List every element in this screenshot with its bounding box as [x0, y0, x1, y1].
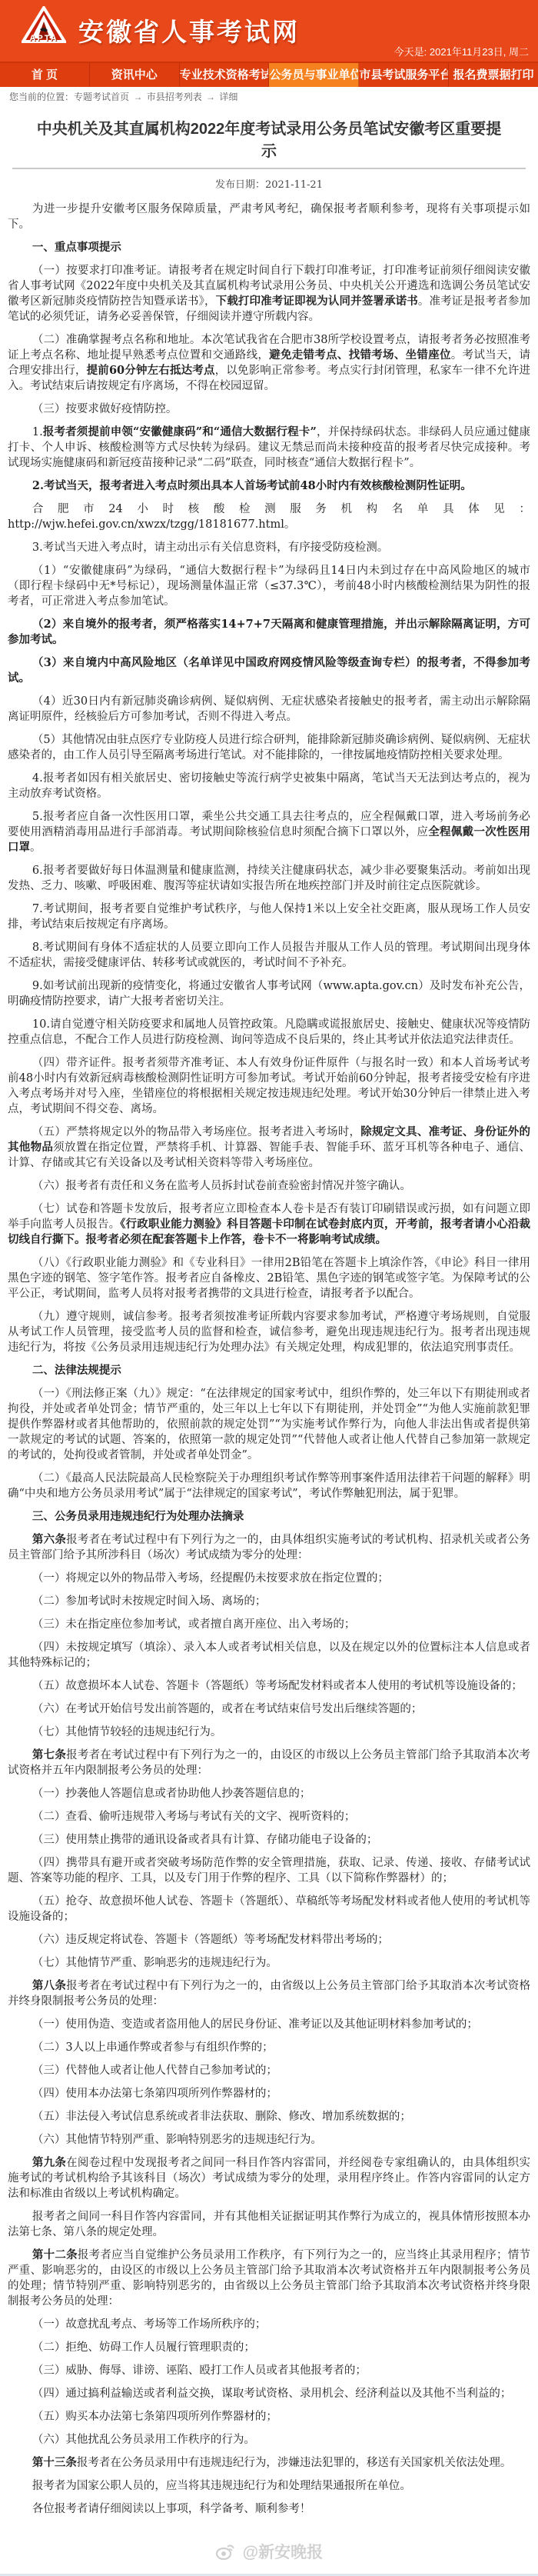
paragraph: （六）其他情节特别严重、影响特别恶劣的违规违纪行为。	[8, 2132, 530, 2148]
paragraph: （一）故意扰乱考点、考场等工作场所秩序的；	[8, 2317, 530, 2332]
nav-item[interactable]: 公务员与事业单位考试	[269, 63, 359, 87]
paragraph: （九）遵守规则，诚信参考。报考者须按准考证所载内容要求参加考试，严格遵守考场规则…	[8, 1309, 530, 1355]
breadcrumb-item[interactable]: 市县招考列表	[147, 92, 202, 102]
page: APTA 安徽省人事考试网 今天是: 2021年11月23日, 周二 首 页资讯…	[0, 0, 538, 2576]
main-nav: 首 页资讯中心专业技术资格考试公务员与事业单位考试市县考试服务平台报名费票据打印	[0, 62, 538, 87]
paragraph: （八）《行政职业能力测验》和《专业科目》一律用2B铅笔在答题卡上填涂作答，《申论…	[8, 1255, 530, 1301]
paragraph: （一）抄袭他人答题信息或者协助他人抄袭答题信息的；	[8, 1786, 530, 1801]
breadcrumb-item[interactable]: 专题考试首页	[74, 92, 129, 102]
section-heading: 一、重点事项提示	[8, 240, 530, 255]
breadcrumb-items: 专题考试首页 → 市县招考列表 → 详细	[74, 92, 237, 102]
paragraph: （五）抢夺、故意损坏他人试卷、答题卡（答题纸）、草稿纸等考场配发材料或者他人使用…	[8, 1894, 530, 1925]
nav-item[interactable]: 专业技术资格考试	[180, 63, 270, 87]
breadcrumb: 您当前的位置：专题考试首页 → 市县招考列表 → 详细	[0, 87, 538, 107]
paragraph: （七）试卷和答题卡发放后，报考者应立即检查本人卷卡是否有装订印刷错误或污损，如有…	[8, 1201, 530, 1248]
paragraph: （4）近30日内有新冠肺炎确诊病例、疑似病例、无症状感染者接触史的报考者，需主动…	[8, 694, 530, 725]
paragraph: 第六条报考者在考试过程中有下列行为之一的，由具体组织实施考试的考试机构、招录机关…	[8, 1532, 530, 1563]
paragraph: （三）威胁、侮辱、诽谤、诬陷、殴打工作人员或者其他报考者的；	[8, 2363, 530, 2378]
paragraph: （三）未在指定座位参加考试，或者擅自离开座位、出入考场的；	[8, 1617, 530, 1632]
paragraph: （五）购买本办法第七条第四项所列作弊器材的；	[8, 2409, 530, 2424]
paragraph: 2.考试当天，报考者进入考点时须出具本人首场考试前48小时内有效核酸检测阴性证明…	[8, 478, 530, 494]
paragraph: （1）“安徽健康码”为绿码，“通信大数据行程卡”为绿码且14日内未到过存在中高风…	[8, 563, 530, 609]
paragraph: （一）将规定以外的物品带入考场，经提醒仍未按要求放在指定位置的；	[8, 1571, 530, 1586]
paragraph: （七）其他情节严重、影响恶劣的违规违纪行为。	[8, 1955, 530, 1971]
paragraph: 7.考试期间，报考者要自觉维护考试秩序，与他人保持1米以上安全社交距离，服从现场…	[8, 901, 530, 932]
paragraph: （六）报考者有责任和义务在监考人员拆封试卷前查验密封情况并签字确认。	[8, 1178, 530, 1194]
paragraph: （五）故意损坏本人试卷、答题卡（答题纸）等考场配发材料或者本人使用的考试机等设施…	[8, 1678, 530, 1694]
paragraph: （四）未按规定填写（填涂）、录入本人或者考试相关信息，以及在规定以外的位置标注本…	[8, 1640, 530, 1671]
paragraph: （三）按要求做好疫情防控。	[8, 402, 530, 417]
paragraph: 4.报考者如因有相关旅居史、密切接触史等流行病学史被集中隔离，笔试当天无法到达考…	[8, 771, 530, 801]
paragraph: （3）来自境内中高风险地区（名单详见中国政府网疫情风险等级查询专栏）的报考者，不…	[8, 655, 530, 686]
weibo-icon	[215, 2544, 243, 2561]
breadcrumb-prefix: 您当前的位置：	[9, 92, 74, 102]
breadcrumb-arrow: →	[204, 92, 218, 102]
article: 中央机关及其直属机构2022年度考试录用公务员笔试安徽考区重要提示 发布日期：2…	[0, 107, 538, 2563]
breadcrumb-arrow: →	[131, 92, 145, 102]
paragraph: （四）通过搞利益输送或者利益交换，谋取考试资格、录用机会、经济利益以及其他不当利…	[8, 2386, 530, 2401]
nav-item[interactable]: 首 页	[0, 63, 90, 87]
paragraph: （二）准确掌握考点名称和地址。本次笔试我省在合肥市38所学校设置考点，请报考者务…	[8, 332, 530, 394]
paragraph: （六）在考试开始信号发出前答题的，或者在考试结束信号发出后继续答题的；	[8, 1701, 530, 1717]
paragraph: （四）使用本办法第七条第四项所列作弊器材的；	[8, 2086, 530, 2101]
nav-item[interactable]: 报名费票据打印	[449, 63, 538, 87]
nav-item[interactable]: 资讯中心	[90, 63, 180, 87]
article-body: 为进一步提升安徽考区服务保障质量，严肃考风考纪，确保报考者顺利参考，现将有关事项…	[8, 202, 530, 2517]
paragraph: 8.考试期间有身体不适症状的人员要立即向工作人员报告并服从工作人员的管理。考试期…	[8, 940, 530, 971]
paragraph: 第十二条报考者应当自觉维护公务员录用工作秩序，有下列行为之一的，应当终止其录用程…	[8, 2248, 530, 2309]
paragraph: （一）按要求打印准考证。请报考者在规定时间自行下载打印准考证，打印准考证前须仔细…	[8, 263, 530, 325]
paragraph: 3.考试当天进入考点时，请主动出示有关信息资料，有序接受防疫检测。	[8, 540, 530, 555]
nav-item[interactable]: 市县考试服务平台	[359, 63, 449, 87]
section-heading: 二、法律法规提示	[8, 1363, 530, 1378]
paragraph: 第九条在阅卷过程中发现报考者之间同一科目作答内容雷同，并经阅卷专家组确认的，由具…	[8, 2155, 530, 2201]
paragraph: 各位报考者请仔细阅读以上事项，科学备考、顺利参考！	[8, 2501, 530, 2517]
paragraph: 5.报考者应自备一次性医用口罩，乘坐公共交通工具去往考点的，应全程佩戴口罩，进入…	[8, 809, 530, 855]
paragraph: 1.报考者须提前申领“安徽健康码”和“通信大数据行程卡”，并保持绿码状态。非绿码…	[8, 425, 530, 471]
page-title: 中央机关及其直属机构2022年度考试录用公务员笔试安徽考区重要提示	[31, 118, 507, 163]
paragraph: （二）查看、偷听违规带入考场与考试有关的文字、视听资料的；	[8, 1809, 530, 1825]
paragraph: （三）使用禁止携带的通讯设备或者具有计算、存储功能电子设备的；	[8, 1832, 530, 1848]
paragraph: （一）《刑法修正案（九）》规定：“在法律规定的国家考试中，组织作弊的，处三年以下…	[8, 1386, 530, 1463]
paragraph: （二）参加考试时未按规定时间入场、离场的；	[8, 1594, 530, 1609]
paragraph: （二）拒绝、妨碍工作人员履行管理职责的；	[8, 2340, 530, 2355]
section-heading: 三、公务员录用违规违纪行为处理办法摘录	[8, 1509, 530, 1525]
paragraph: 报考者之间同一科目作答内容雷同，并有其他相关证据证明其作弊行为成立的，视具体情形…	[8, 2209, 530, 2240]
paragraph: （一）使用伪造、变造或者盗用他人的居民身份证、准考证以及其他证明材料参加考试的；	[8, 2017, 530, 2032]
paragraph: 报考者为国家公职人员的，应当将其违规违纪行为和处理结果通报所在单位。	[8, 2478, 530, 2494]
paragraph: （五）非法侵入考试信息系统或者非法获取、删除、修改、增加系统数据的；	[8, 2109, 530, 2124]
paragraph: 10.请自觉遵守相关防疫要求和属地人员管控政策。凡隐瞒或谎报旅居史、接触史、健康…	[8, 1017, 530, 1048]
publish-date: 发布日期：2021-11-21	[8, 176, 530, 191]
paragraph: （三）代替他人或者让他人代替自己参加考试的；	[8, 2063, 530, 2078]
paragraph: 第八条报考者在考试过程中有下列行为之一的，由省级以上公务员主管部门给予其取消本次…	[8, 1978, 530, 2009]
paragraph: （七）其他情节较轻的违规违纪行为。	[8, 1725, 530, 1740]
paragraph: （二）3人以上串通作弊或者参与有组织作弊的；	[8, 2040, 530, 2055]
paragraph: 6.报考者要做好每日体温测量和健康监测，持续关注健康码状态，减少非必要聚集活动。…	[8, 863, 530, 894]
site-title: 安徽省人事考试网	[78, 12, 300, 48]
paragraph: （5）其他情况由驻点医疗专业防疫人员进行综合研判，能排除新冠肺炎确诊病例、疑似病…	[8, 732, 530, 763]
paragraph: 合肥市24小时核酸检测服务机构名单具体见：http://wjw.hefei.go…	[8, 502, 530, 532]
paragraph: （四）携带具有避开或者突破考场防范作弊的安全管理措施，获取、记录、传递、接收、存…	[8, 1855, 530, 1886]
paragraph: （五）严禁将规定以外的物品带入考场座位。报考者进入考场时，除规定文具、准考证、身…	[8, 1125, 530, 1171]
paragraph: 第十三条报考者在公务员录用中有违规违纪行为，涉嫌违法犯罪的，移送有关国家机关依法…	[8, 2455, 530, 2471]
watermark-text: @新安晚报	[243, 2544, 323, 2561]
paragraph: 9.如考试前出现新的疫情变化，将通过安徽省人事考试网（www.apta.gov.…	[8, 978, 530, 1009]
paragraph: （六）其他扰乱公务员录用工作秩序的行为。	[8, 2432, 530, 2448]
site-header: APTA 安徽省人事考试网 今天是: 2021年11月23日, 周二	[0, 0, 538, 62]
title-divider	[12, 168, 526, 169]
paragraph: 为进一步提升安徽考区服务保障质量，严肃考风考纪，确保报考者顺利参考，现将有关事项…	[8, 202, 530, 232]
paragraph: （六）违反规定将试卷、答题卡（答题纸）等考场配发材料带出考场的；	[8, 1932, 530, 1948]
watermark: @新安晚报	[8, 2540, 530, 2563]
site-logo[interactable]: APTA	[20, 6, 68, 55]
paragraph: （四）带齐证件。报考者须带齐准考证、本人有效身份证件原件（与报名时一致）和本人首…	[8, 1055, 530, 1117]
paragraph: （2）来自境外的报考者，须严格落实14+7+7天隔离和健康管理措施，并出示解除隔…	[8, 617, 530, 648]
breadcrumb-item: 详细	[219, 92, 237, 102]
paragraph: 第七条报考者在考试过程中有下列行为之一的，由设区的市级以上公务员主管部门给予其取…	[8, 1748, 530, 1778]
paragraph: （二）《最高人民法院最高人民检察院关于办理组织考试作弊等刑事案件适用法律若干问题…	[8, 1471, 530, 1501]
header-date: 今天是: 2021年11月23日, 周二	[394, 44, 529, 58]
